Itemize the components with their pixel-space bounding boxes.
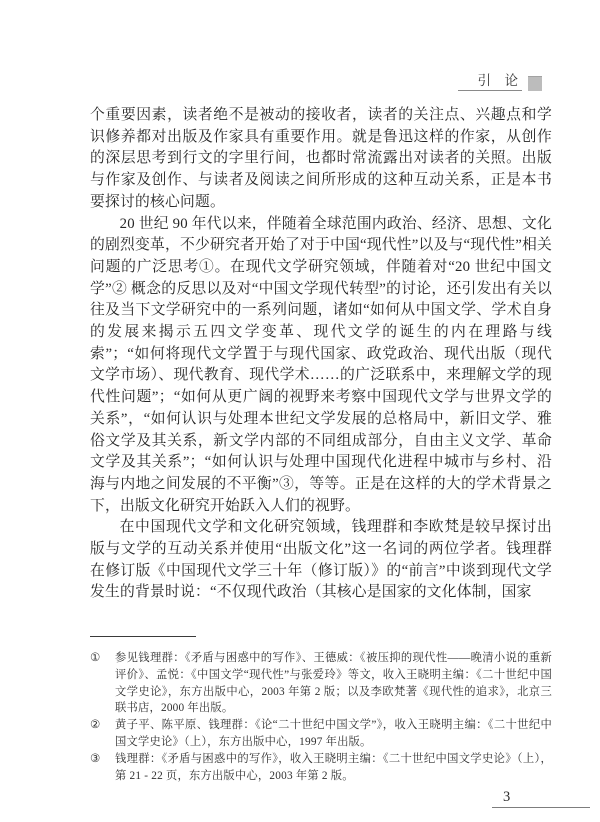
footnote-marker: ① (90, 650, 115, 717)
footnote-marker: ③ (90, 751, 115, 785)
page-footer: 3 (492, 788, 590, 808)
running-head: 引 论 (458, 73, 543, 91)
running-head-title: 引 论 (458, 73, 523, 91)
footnote-separator (90, 636, 196, 637)
paragraph-continuation: 个重要因素，读者绝不是被动的接收者，读者的关注点、兴趣点和学识修养都对出版及作家… (90, 105, 552, 214)
footnote-text: 钱理群：《矛盾与困惑中的写作》，收入王晓明主编：《二十世纪中国文学史论》（上），… (115, 751, 552, 785)
footnote-item: ② 黄子平、陈平原、钱理群：《论“二十世纪中国文学”》，收入王晓明主编：《二十世… (90, 717, 552, 751)
page-number-line (492, 807, 590, 808)
paragraph: 在中国现代文学和文化研究领域，钱理群和李欧梵是较早探讨出版与文学的互动关系并使用… (90, 517, 552, 604)
footnote-item: ① 参见钱理群：《矛盾与困惑中的写作》、王德威：《被压抑的现代性——晚清小说的重… (90, 650, 552, 717)
book-page: 引 论 个重要因素，读者绝不是被动的接收者，读者的关注点、兴趣点和学识修养都对出… (0, 0, 600, 822)
footnote-item: ③ 钱理群：《矛盾与困惑中的写作》，收入王晓明主编：《二十世纪中国文学史论》（上… (90, 751, 552, 785)
page-number: 3 (503, 788, 590, 806)
footnotes-section: ① 参见钱理群：《矛盾与困惑中的写作》、王德威：《被压抑的现代性——晚清小说的重… (90, 650, 552, 784)
footnote-text: 参见钱理群：《矛盾与困惑中的写作》、王德威：《被压抑的现代性——晚清小说的重新评… (115, 650, 552, 717)
paragraph: 20 世纪 90 年代以来，伴随着全球范围内政治、经济、思想、文化的剧烈变革，不… (90, 214, 552, 518)
footnote-marker: ② (90, 717, 115, 751)
footnote-text: 黄子平、陈平原、钱理群：《论“二十世纪中国文学”》，收入王晓明主编：《二十世纪中… (115, 717, 552, 751)
body-text: 个重要因素，读者绝不是被动的接收者，读者的关注点、兴趣点和学识修养都对出版及作家… (90, 105, 552, 604)
header-square-ornament (528, 76, 542, 91)
